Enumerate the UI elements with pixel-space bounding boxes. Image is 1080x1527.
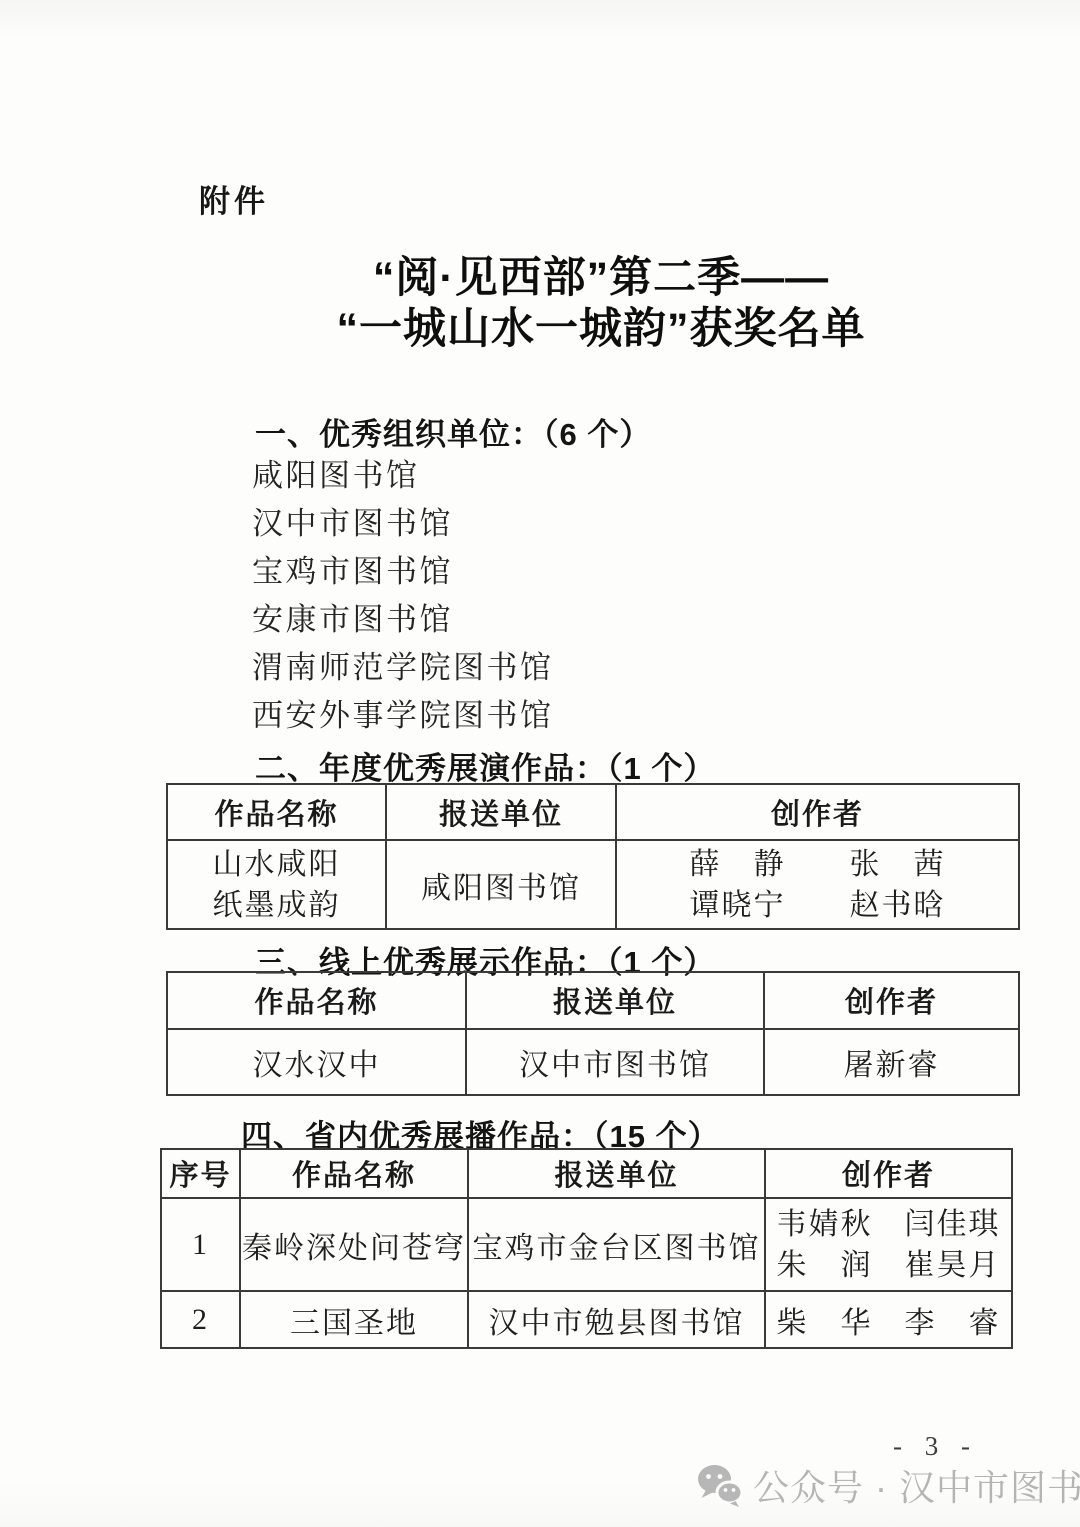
cell-work-name: 秦岭深处问苍穹 xyxy=(240,1198,468,1291)
organization-list: 咸阳图书馆 汉中市图书馆 宝鸡市图书馆 安康市图书馆 渭南师范学院图书馆 西安外… xyxy=(252,452,554,740)
cell-line: 纸墨成韵 xyxy=(168,885,385,926)
column-header-index: 序号 xyxy=(161,1149,240,1198)
section-2-heading: 二、年度优秀展演作品：（1 个） xyxy=(255,743,715,788)
column-header-work-name: 作品名称 xyxy=(167,784,386,840)
column-header-submit-unit: 报送单位 xyxy=(468,1149,765,1198)
section-1-heading: 一、优秀组织单位：（6 个） xyxy=(255,409,651,454)
cell-line: 朱 润 崔昊月 xyxy=(766,1245,1011,1286)
title-line-2: “一城山水一城韵”获奖名单 xyxy=(130,304,1072,355)
list-item: 西安外事学院图书馆 xyxy=(252,692,554,740)
table-row: 2 三国圣地 汉中市勉县图书馆 柴 华 李 睿 xyxy=(161,1291,1012,1348)
cell-creators: 柴 华 李 睿 xyxy=(765,1291,1012,1348)
column-header-work-name: 作品名称 xyxy=(240,1149,468,1198)
cell-submit-unit: 汉中市图书馆 xyxy=(466,1029,764,1095)
document-title: “阅·见西部”第二季—— “一城山水一城韵”获奖名单 xyxy=(130,253,1072,355)
column-header-creator: 创作者 xyxy=(616,784,1019,840)
title-line-1: “阅·见西部”第二季—— xyxy=(130,253,1072,304)
cell-index: 2 xyxy=(161,1291,240,1348)
cell-creators: 薛 静 张 茜 谭晓宁 赵书晗 xyxy=(616,840,1019,929)
cell-work-name: 汉水汉中 xyxy=(167,1029,466,1095)
cell-creators: 韦婧秋 闫佳琪 朱 润 崔昊月 xyxy=(765,1198,1012,1291)
list-item: 渭南师范学院图书馆 xyxy=(252,644,554,692)
list-item: 咸阳图书馆 xyxy=(252,452,554,500)
cell-submit-unit: 宝鸡市金台区图书馆 xyxy=(468,1198,765,1291)
table-row: 1 秦岭深处问苍穹 宝鸡市金台区图书馆 韦婧秋 闫佳琪 朱 润 崔昊月 xyxy=(161,1198,1012,1291)
cell-line: 山水咸阳 xyxy=(168,844,385,885)
cell-work-name: 三国圣地 xyxy=(240,1291,468,1348)
page-number: - 3 - xyxy=(893,1431,978,1462)
cell-line: 韦婧秋 闫佳琪 xyxy=(766,1204,1011,1245)
cell-submit-unit: 咸阳图书馆 xyxy=(386,840,616,929)
list-item: 宝鸡市图书馆 xyxy=(252,548,554,596)
cell-line: 谭晓宁 赵书晗 xyxy=(617,885,1018,926)
column-header-work-name: 作品名称 xyxy=(167,972,466,1029)
cell-creators: 屠新睿 xyxy=(764,1029,1019,1095)
cell-line: 薛 静 张 茜 xyxy=(617,844,1018,885)
column-header-creator: 创作者 xyxy=(764,972,1019,1029)
column-header-submit-unit: 报送单位 xyxy=(466,972,764,1029)
cell-work-name: 山水咸阳 纸墨成韵 xyxy=(167,840,386,929)
list-item: 安康市图书馆 xyxy=(252,596,554,644)
watermark-text: 公众号 · 汉中市图书馆 xyxy=(753,1460,1080,1511)
cell-index: 1 xyxy=(161,1198,240,1291)
document-page: 附件 “阅·见西部”第二季—— “一城山水一城韵”获奖名单 一、优秀组织单位：（… xyxy=(0,0,1080,1527)
online-display-table: 作品名称 报送单位 创作者 汉水汉中 汉中市图书馆 屠新睿 xyxy=(166,971,1020,1096)
attachment-label: 附件 xyxy=(199,176,269,221)
cell-submit-unit: 汉中市勉县图书馆 xyxy=(468,1291,765,1348)
column-header-submit-unit: 报送单位 xyxy=(386,784,616,840)
wechat-watermark: 公众号 · 汉中市图书馆 xyxy=(697,1460,1080,1511)
province-broadcast-table: 序号 作品名称 报送单位 创作者 1 秦岭深处问苍穹 宝鸡市金台区图书馆 韦婧秋… xyxy=(160,1148,1013,1349)
annual-performance-table: 作品名称 报送单位 创作者 山水咸阳 纸墨成韵 咸阳图书馆 薛 静 张 茜 谭晓… xyxy=(166,783,1020,930)
list-item: 汉中市图书馆 xyxy=(252,500,554,548)
column-header-creator: 创作者 xyxy=(765,1149,1012,1198)
wechat-icon xyxy=(697,1464,743,1508)
